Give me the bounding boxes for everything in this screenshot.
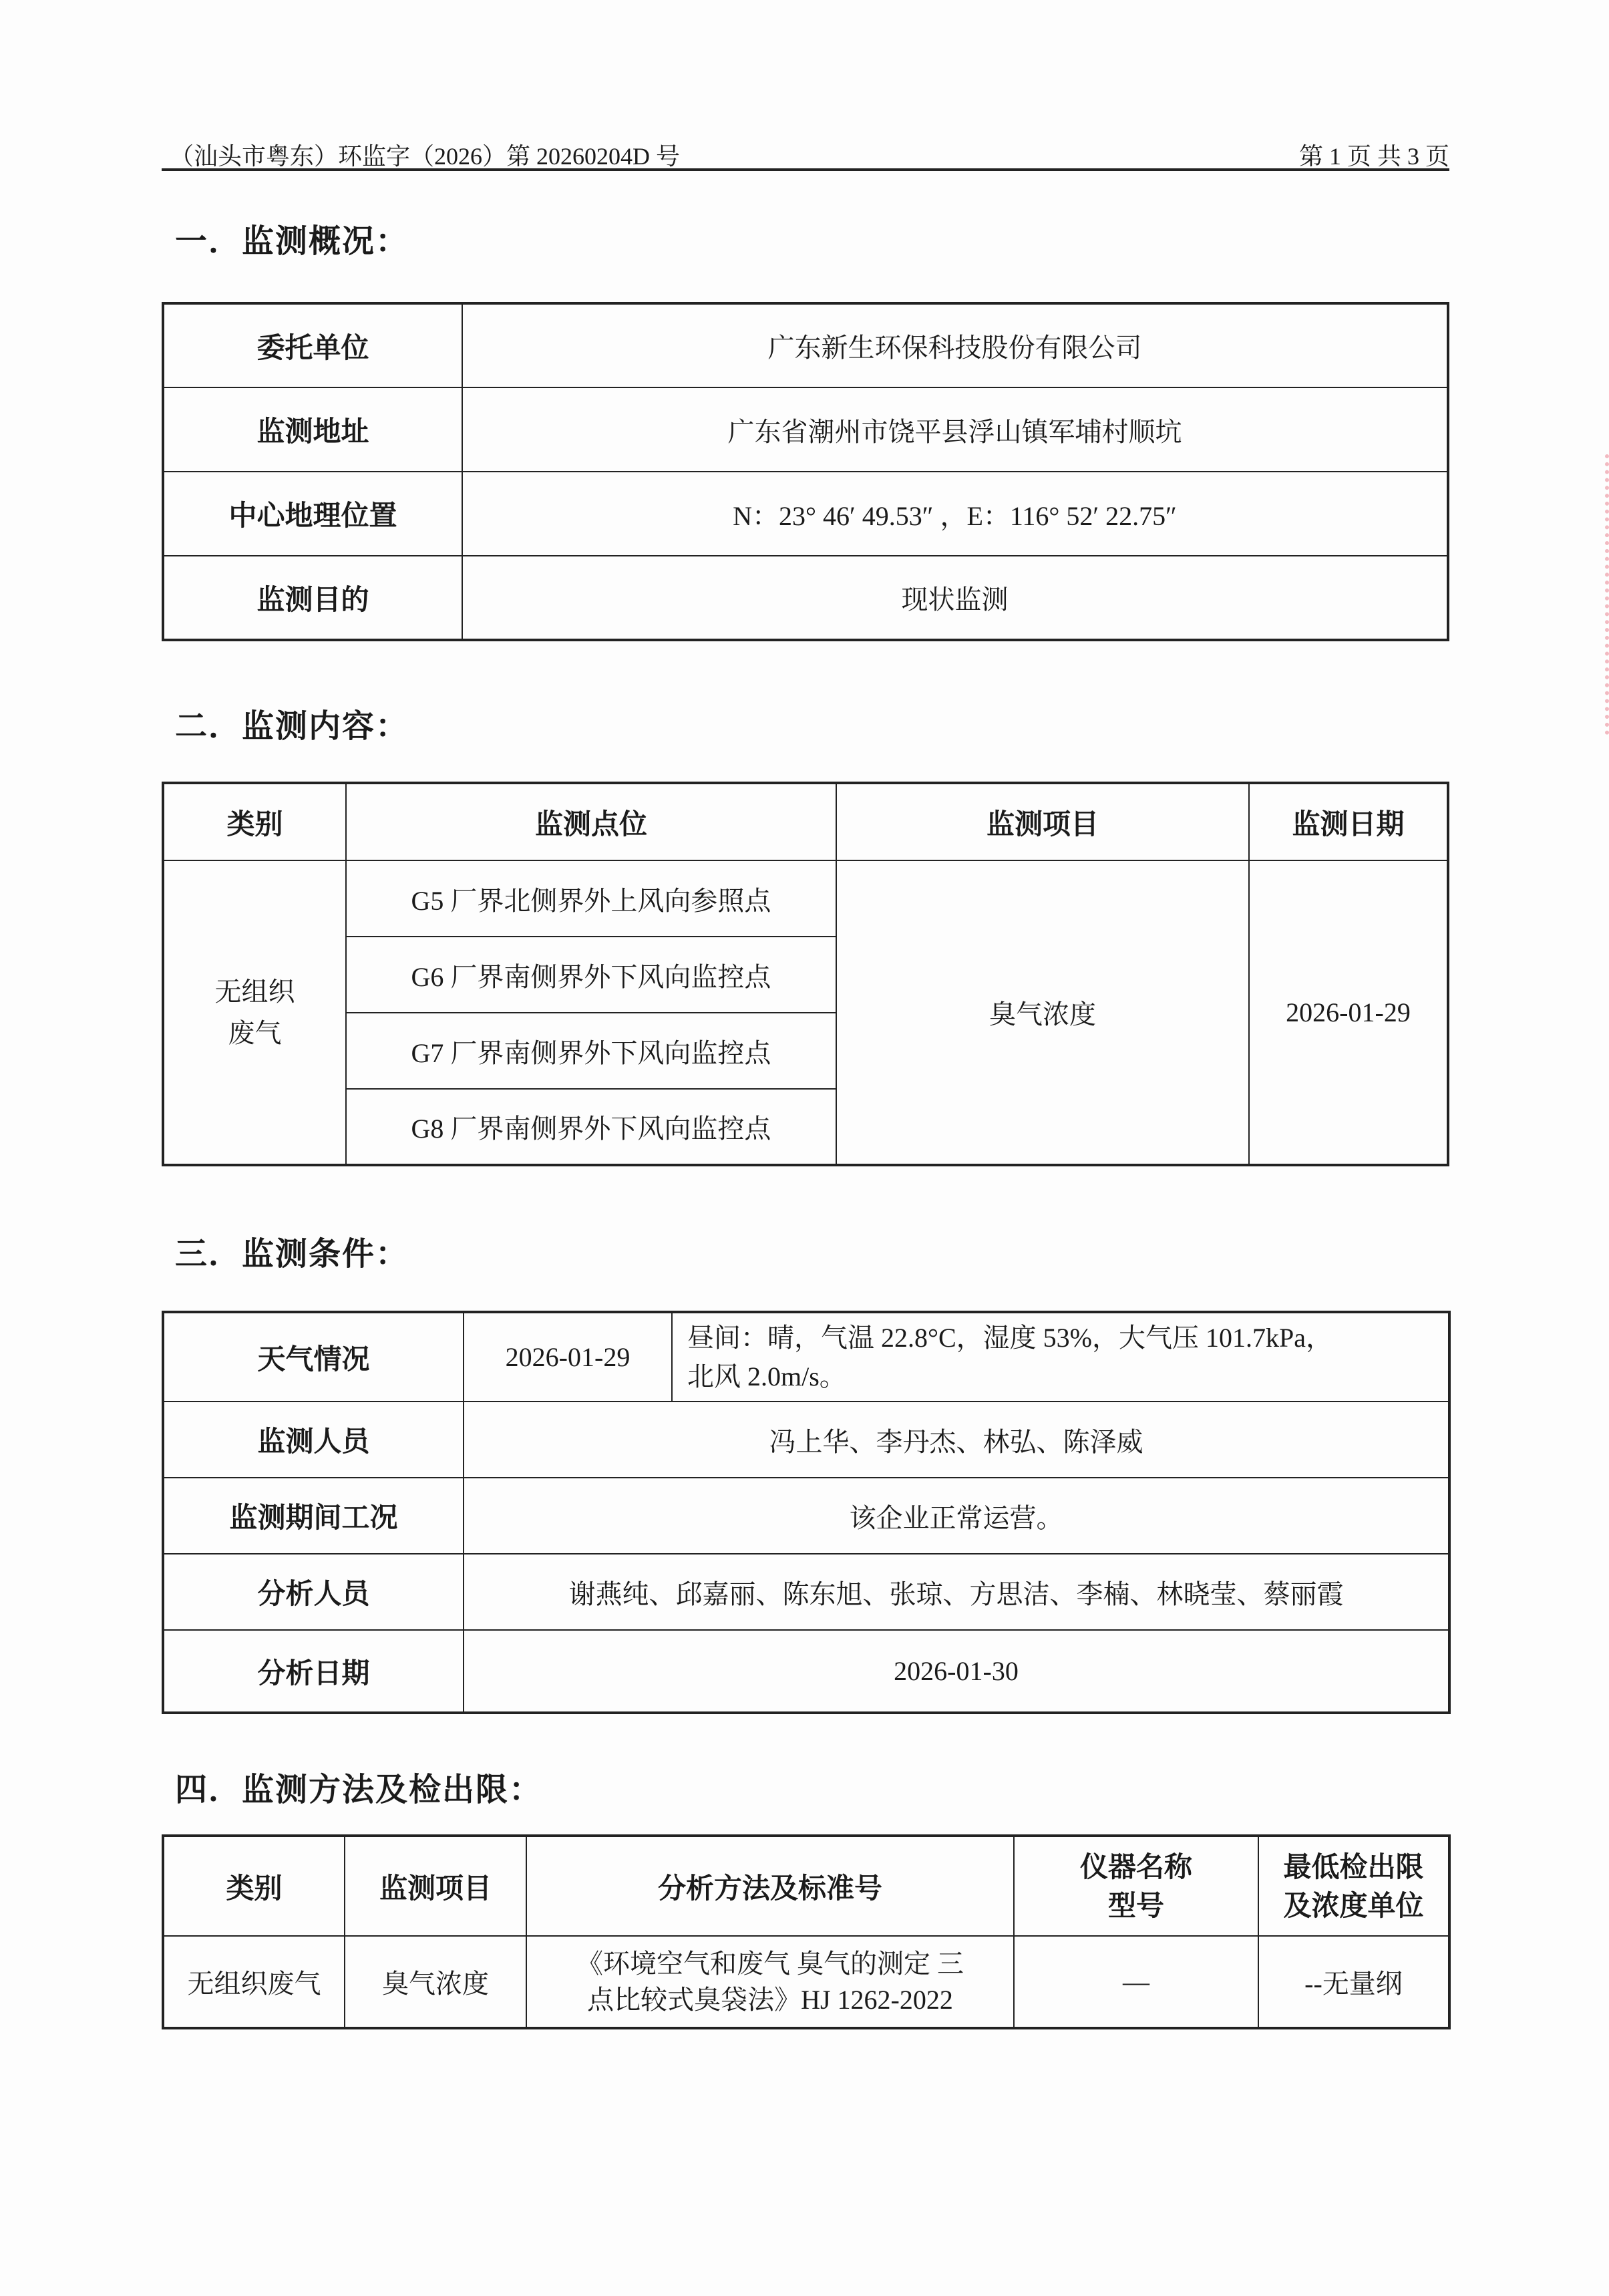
table-row: 监测目的 现状监测 (163, 556, 1448, 640)
report-reference: （汕头市粤东）环监字（2026）第 20260204D 号 (170, 138, 680, 172)
method-line2: 点比较式臭袋法》HJ 1262-2022 (587, 1985, 953, 2015)
section-title-overview: 一．监测概况： (175, 215, 409, 261)
value-operating-status: 该企业正常运营。 (464, 1478, 1449, 1554)
category-line2: 废气 (228, 1018, 282, 1048)
value-weather: 昼间：晴，气温 22.8°C，湿度 53%，大气压 101.7kPa， 北风 2… (672, 1312, 1449, 1402)
cell-item: 臭气浓度 (345, 1936, 526, 2028)
label-weather: 天气情况 (163, 1312, 464, 1402)
section-title-conditions: 三．监测条件： (175, 1228, 409, 1274)
value-monitoring-staff: 冯上华、李丹杰、林弘、陈泽威 (464, 1402, 1449, 1478)
header-method: 分析方法及标准号 (526, 1836, 1014, 1936)
cell-point-g6: G6 厂界南侧界外下风向监控点 (346, 937, 836, 1013)
label-purpose: 监测目的 (163, 556, 462, 640)
header-item: 监测项目 (345, 1836, 526, 1936)
header-item: 监测项目 (836, 783, 1249, 860)
header-limit-line1: 最低检出限 (1283, 1850, 1423, 1883)
value-analysis-date: 2026-01-30 (464, 1630, 1449, 1713)
cell-date: 2026-01-29 (1249, 860, 1448, 1165)
header-detection-limit: 最低检出限 及浓度单位 (1258, 1836, 1449, 1936)
cell-point-g5: G5 厂界北侧界外上风向参照点 (346, 860, 836, 937)
table-row: 分析日期 2026-01-30 (163, 1630, 1449, 1713)
methods-table: 类别 监测项目 分析方法及标准号 仪器名称 型号 最低检出限 及浓度单位 无组织… (162, 1834, 1451, 2029)
cell-category: 无组织 废气 (163, 860, 346, 1165)
content-table: 类别 监测点位 监测项目 监测日期 无组织 废气 G5 厂界北侧界外上风向参照点… (162, 782, 1449, 1166)
label-analysis-date: 分析日期 (163, 1630, 464, 1713)
weather-line2: 北风 2.0m/s。 (687, 1361, 846, 1391)
table-row: 委托单位 广东新生环保科技股份有限公司 (163, 303, 1448, 387)
table-row: 无组织 废气 G5 厂界北侧界外上风向参照点 臭气浓度 2026-01-29 (163, 860, 1448, 937)
value-purpose: 现状监测 (462, 556, 1448, 640)
value-client: 广东新生环保科技股份有限公司 (462, 303, 1448, 387)
label-operating-status: 监测期间工况 (163, 1478, 464, 1554)
value-analysts: 谢燕纯、邱嘉丽、陈东旭、张琼、方思洁、李楠、林晓莹、蔡丽霞 (464, 1554, 1449, 1630)
cell-category: 无组织废气 (163, 1936, 345, 2028)
header-point: 监测点位 (346, 783, 836, 860)
table-row: 中心地理位置 N：23° 46′ 49.53″ ，E：116° 52′ 22.7… (163, 472, 1448, 556)
table-row: 天气情况 2026-01-29 昼间：晴，气温 22.8°C，湿度 53%，大气… (163, 1312, 1449, 1402)
weather-line1: 昼间：晴，气温 22.8°C，湿度 53%，大气压 101.7kPa， (687, 1323, 1332, 1353)
red-seal-stamp-edge (1552, 454, 1609, 735)
table-row: 监测期间工况 该企业正常运营。 (163, 1478, 1449, 1554)
label-monitoring-staff: 监测人员 (163, 1402, 464, 1478)
cell-point-g8: G8 厂界南侧界外下风向监控点 (346, 1089, 836, 1165)
conditions-table: 天气情况 2026-01-29 昼间：晴，气温 22.8°C，湿度 53%，大气… (162, 1311, 1451, 1714)
header-instrument: 仪器名称 型号 (1014, 1836, 1258, 1936)
value-location: N：23° 46′ 49.53″ ，E：116° 52′ 22.75″ (462, 472, 1448, 556)
header-instrument-line2: 型号 (1108, 1889, 1164, 1922)
cell-instrument: — (1014, 1936, 1258, 2028)
label-address: 监测地址 (163, 387, 462, 472)
overview-table: 委托单位 广东新生环保科技股份有限公司 监测地址 广东省潮州市饶平县浮山镇军埔村… (162, 302, 1449, 641)
table-row: 分析人员 谢燕纯、邱嘉丽、陈东旭、张琼、方思洁、李楠、林晓莹、蔡丽霞 (163, 1554, 1449, 1630)
table-row: 监测地址 广东省潮州市饶平县浮山镇军埔村顺坑 (163, 387, 1448, 472)
header-limit-line2: 及浓度单位 (1283, 1889, 1423, 1922)
header-category: 类别 (163, 1836, 345, 1936)
table-header-row: 类别 监测项目 分析方法及标准号 仪器名称 型号 最低检出限 及浓度单位 (163, 1836, 1449, 1936)
value-weather-date: 2026-01-29 (464, 1312, 672, 1402)
header-date: 监测日期 (1249, 783, 1448, 860)
method-line1: 《环境空气和废气 臭气的测定 三 (576, 1949, 964, 1979)
section-title-methods: 四．监测方法及检出限： (175, 1764, 542, 1810)
label-client: 委托单位 (163, 303, 462, 387)
header-instrument-line1: 仪器名称 (1080, 1850, 1192, 1883)
page-header: （汕头市粤东）环监字（2026）第 20260204D 号 第 1 页 共 3 … (162, 132, 1449, 171)
value-address: 广东省潮州市饶平县浮山镇军埔村顺坑 (462, 387, 1448, 472)
label-location: 中心地理位置 (163, 472, 462, 556)
header-category: 类别 (163, 783, 346, 860)
cell-point-g7: G7 厂界南侧界外下风向监控点 (346, 1013, 836, 1089)
table-row: 监测人员 冯上华、李丹杰、林弘、陈泽威 (163, 1402, 1449, 1478)
label-analysts: 分析人员 (163, 1554, 464, 1630)
cell-method: 《环境空气和废气 臭气的测定 三 点比较式臭袋法》HJ 1262-2022 (526, 1936, 1014, 2028)
page-number: 第 1 页 共 3 页 (1299, 138, 1449, 172)
cell-detection-limit: --无量纲 (1258, 1936, 1449, 2028)
category-line1: 无组织 (215, 977, 295, 1007)
table-row: 无组织废气 臭气浓度 《环境空气和废气 臭气的测定 三 点比较式臭袋法》HJ 1… (163, 1936, 1449, 2028)
cell-item: 臭气浓度 (836, 860, 1249, 1165)
table-header-row: 类别 监测点位 监测项目 监测日期 (163, 783, 1448, 860)
section-title-content: 二．监测内容： (175, 700, 409, 746)
